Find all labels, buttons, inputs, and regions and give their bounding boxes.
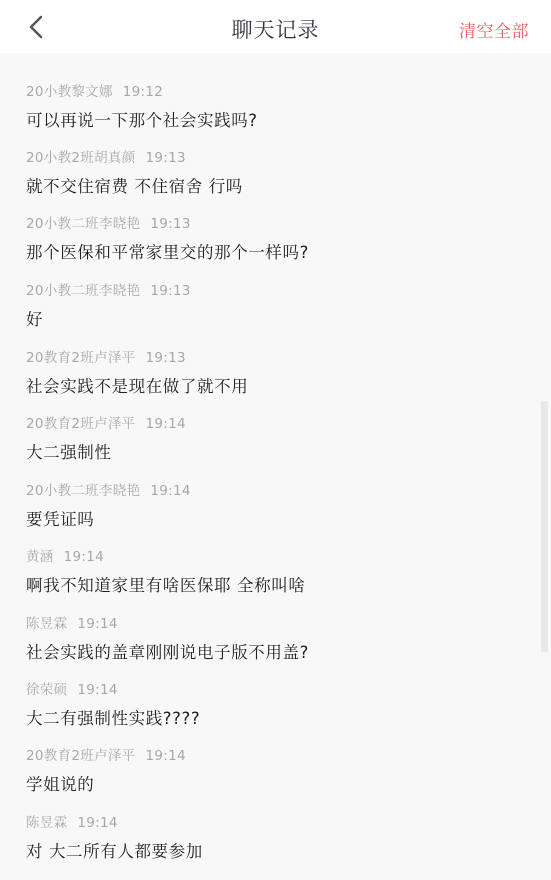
sender-name: 黄涵 (26, 549, 54, 565)
message-text: 对 大二所有人都要参加 (26, 838, 203, 862)
message-text: 要凭证吗 (26, 506, 191, 530)
sender-name: 20教育2班卢泽平 (26, 350, 135, 366)
list-item: 20小教二班李晓艳19:14 要凭证吗 (26, 479, 191, 530)
timestamp: 19:14 (145, 748, 185, 764)
sender-name: 徐荣硕 (26, 682, 67, 698)
message-text: 社会实践不是现在做了就不用 (26, 373, 248, 397)
sender-name: 20小教二班李晓艳 (26, 483, 140, 499)
list-item: 黄涵19:14 啊我不知道家里有啥医保耶 全称叫啥 (26, 545, 305, 596)
sender-name: 20小教2班胡真颜 (26, 150, 135, 166)
scrollbar[interactable] (541, 401, 548, 652)
timestamp: 19:13 (145, 150, 185, 166)
list-item: 20小教二班李晓艳19:13 好 (26, 279, 191, 330)
sender-name: 20小教黎文娜 (26, 84, 113, 100)
message-text: 可以再说一下那个社会实践吗? (26, 107, 258, 131)
list-item: 20教育2班卢泽平19:14 大二强制性 (26, 412, 186, 463)
timestamp: 19:13 (145, 350, 185, 366)
message-text: 就不交住宿费 不住宿舍 行吗 (26, 173, 243, 197)
sender-name: 20小教二班李晓艳 (26, 283, 140, 299)
sender-name: 20教育2班卢泽平 (26, 416, 135, 432)
sender-name: 陈昱霖 (26, 815, 67, 831)
message-text: 大二强制性 (26, 439, 186, 463)
message-text: 大二有强制性实践???? (26, 705, 200, 729)
sender-name: 20教育2班卢泽平 (26, 748, 135, 764)
list-item: 20小教2班胡真颜19:13 就不交住宿费 不住宿舍 行吗 (26, 146, 243, 197)
timestamp: 19:13 (150, 216, 190, 232)
sender-name: 20小教二班李晓艳 (26, 216, 140, 232)
timestamp: 19:14 (77, 616, 117, 632)
list-item: 陈昱霖19:14 社会实践的盖章刚刚说电子版不用盖? (26, 612, 309, 663)
timestamp: 19:14 (145, 416, 185, 432)
clear-all-button[interactable]: 清空全部 (459, 17, 529, 42)
list-item: 20教育2班卢泽平19:13 社会实践不是现在做了就不用 (26, 346, 248, 397)
timestamp: 19:14 (64, 549, 104, 565)
list-item: 徐荣硕19:14 大二有强制性实践???? (26, 678, 200, 729)
message-text: 啊我不知道家里有啥医保耶 全称叫啥 (26, 572, 305, 596)
list-item: 20小教黎文娜19:12 可以再说一下那个社会实践吗? (26, 80, 258, 131)
message-text: 社会实践的盖章刚刚说电子版不用盖? (26, 639, 309, 663)
top-bar: 聊天记录 清空全部 (0, 0, 551, 53)
message-text: 那个医保和平常家里交的那个一样吗? (26, 239, 309, 263)
timestamp: 19:14 (150, 483, 190, 499)
sender-name: 陈昱霖 (26, 616, 67, 632)
timestamp: 19:14 (77, 815, 117, 831)
timestamp: 19:14 (77, 682, 117, 698)
list-item: 陈昱霖19:14 对 大二所有人都要参加 (26, 811, 203, 862)
list-item: 20小教二班李晓艳19:13 那个医保和平常家里交的那个一样吗? (26, 212, 309, 263)
chat-history-list[interactable]: 20小教黎文娜19:12 可以再说一下那个社会实践吗? 20小教2班胡真颜19:… (0, 53, 551, 880)
list-item: 20教育2班卢泽平19:14 学姐说的 (26, 744, 186, 795)
timestamp: 19:13 (150, 283, 190, 299)
message-text: 好 (26, 306, 191, 330)
timestamp: 19:12 (123, 84, 163, 100)
message-text: 学姐说的 (26, 771, 186, 795)
